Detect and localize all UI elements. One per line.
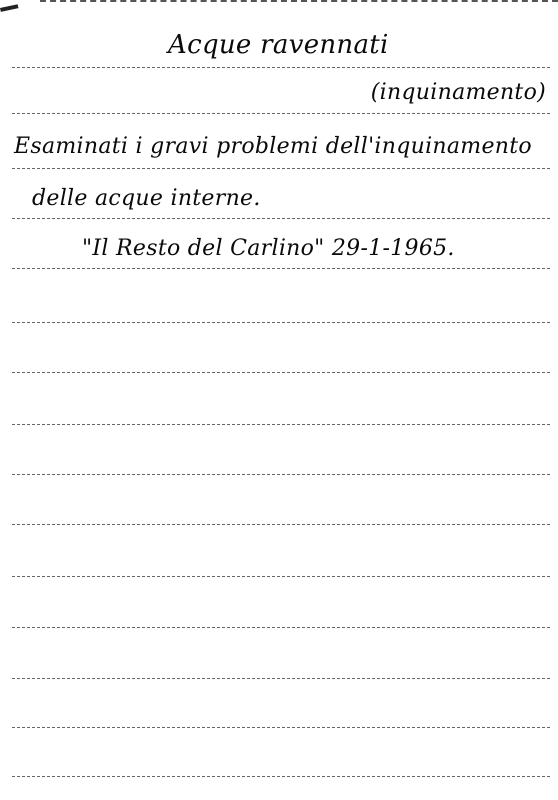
source-citation: "Il Resto del Carlino" 29-1-1965. — [82, 236, 455, 261]
ruled-line — [12, 113, 550, 114]
ruled-line — [12, 67, 550, 68]
ruled-line — [12, 372, 550, 373]
top-edge — [40, 0, 558, 5]
ruled-line — [12, 776, 550, 777]
corner-mark — [0, 4, 18, 12]
ruled-line — [12, 168, 550, 169]
ruled-line — [12, 474, 550, 475]
ruled-line — [12, 524, 550, 525]
ruled-line — [12, 218, 550, 219]
card-title: Acque ravennati — [168, 30, 389, 60]
ruled-line — [12, 322, 550, 323]
ruled-line — [12, 678, 550, 679]
ruled-line — [12, 627, 550, 628]
ruled-line — [12, 268, 550, 269]
ruled-line — [12, 424, 550, 425]
ruled-line — [12, 727, 550, 728]
body-line: Esaminati i gravi problemi dell'inquinam… — [14, 134, 532, 159]
card-subtitle: (inquinamento) — [371, 80, 546, 105]
ruled-line — [12, 576, 550, 577]
body-line: delle acque interne. — [32, 186, 261, 211]
